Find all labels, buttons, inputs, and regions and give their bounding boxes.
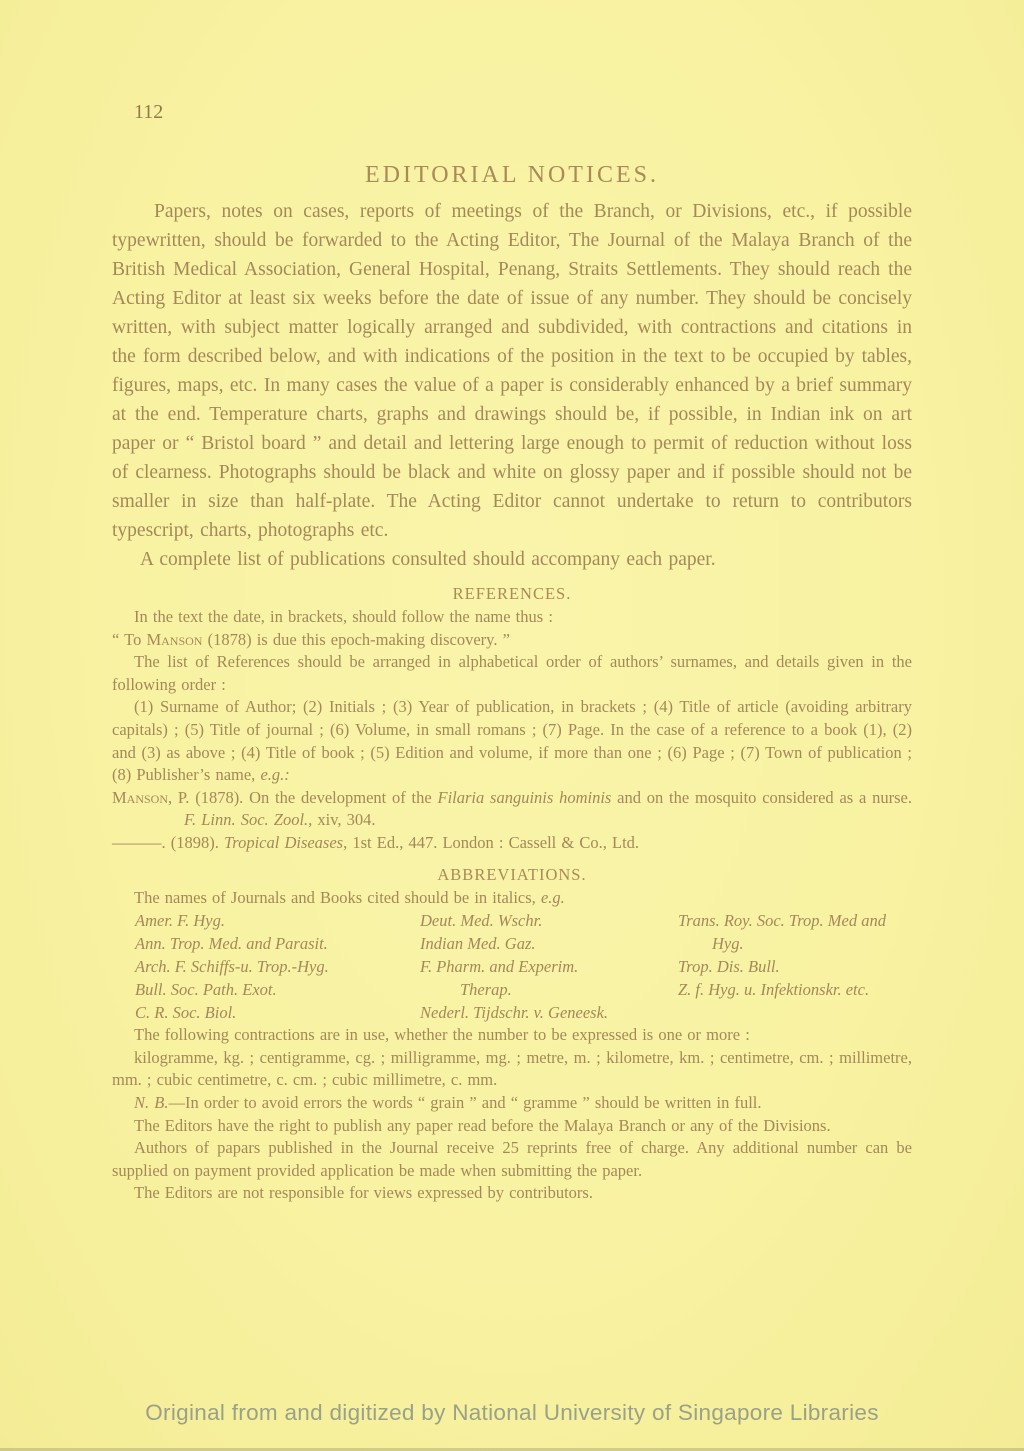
abbrev-cell: Z. f. Hyg. u. Infektionskr. etc.: [678, 978, 912, 1001]
page-content: 112 EDITORIAL NOTICES. Papers, notes on …: [112, 100, 912, 1205]
format-list-text: (1) Surname of Author; (2) Initials ; (3…: [112, 697, 912, 784]
entry1-post: xiv, 304.: [312, 810, 375, 829]
abbreviations-intro-line: The names of Journals and Books cited sh…: [112, 887, 912, 910]
page-title: EDITORIAL NOTICES.: [112, 162, 912, 189]
reference-entry-manson-1898: ———. (1898). Tropical Diseases, 1st Ed.,…: [112, 832, 912, 855]
page-number: 112: [134, 100, 912, 124]
abbrev-cell: Arch. F. Schiffs-u. Trop.-Hyg.: [135, 955, 420, 978]
abbreviations-table: Amer. F. Hyg. Deut. Med. Wschr. Trans. R…: [135, 909, 912, 1024]
entry1-mid: and on the mosquito considered as a nurs…: [611, 788, 912, 807]
reference-entry-manson-1878: Manson, P. (1878). On the development of…: [112, 787, 912, 832]
abbrev-cell: Trans. Roy. Soc. Trop. Med and: [678, 909, 912, 932]
nb-note: N. B.—In order to avoid errors the words…: [112, 1092, 912, 1115]
author-name-smallcaps: Manson: [146, 630, 202, 649]
references-intro-line: In the text the date, in brackets, shoul…: [112, 606, 912, 629]
nb-label: N. B.: [134, 1093, 168, 1112]
abbrev-cell: Trop. Dis. Bull.: [678, 955, 912, 978]
entry-author-smallcaps: Manson, P.: [112, 788, 189, 807]
entry2-repeat-dash: ———.: [112, 833, 166, 852]
abbrev-cell: Bull. Soc. Path. Exot.: [135, 978, 420, 1001]
responsibility-note: The Editors are not responsible for view…: [112, 1182, 912, 1205]
entry2-pre: (1898).: [166, 833, 224, 852]
quote-post: (1878) is due this epoch-making discover…: [202, 630, 509, 649]
abbrev-cell-continuation: Therap.: [420, 978, 678, 1001]
references-format-list: (1) Surname of Author; (2) Initials ; (3…: [112, 696, 912, 786]
quote-pre: “ To: [112, 630, 146, 649]
abbrev-cell: Deut. Med. Wschr.: [420, 909, 678, 932]
entry2-post: , 1st Ed., 447. London : Cassell & Co., …: [343, 833, 639, 852]
abbrev-cell: C. R. Soc. Biol.: [135, 1001, 420, 1024]
abbrev-intro-eg: e.g.: [541, 888, 565, 907]
nb-text: —In order to avoid errors the words “ gr…: [168, 1093, 761, 1112]
scanned-journal-page: 112 EDITORIAL NOTICES. Papers, notes on …: [0, 0, 1024, 1451]
entry1-pre: (1878). On the development of the: [189, 788, 437, 807]
abbrev-cell-continuation: Hyg.: [678, 932, 912, 955]
entry1-species-italic: Filaria sanguinis hominis: [438, 788, 612, 807]
reprints-note: Authors of papars published in the Journ…: [112, 1137, 912, 1182]
digitization-footer: Original from and digitized by National …: [0, 1400, 1024, 1426]
abbrev-cell: F. Pharm. and Experim.: [420, 955, 678, 978]
complete-list-note: A complete list of publications consulte…: [112, 545, 912, 574]
abbrev-cell: Indian Med. Gaz.: [420, 932, 678, 955]
entry2-book-italic: Tropical Diseases: [224, 833, 343, 852]
format-list-eg: e.g.:: [260, 765, 289, 784]
abbrev-intro-text: The names of Journals and Books cited sh…: [134, 888, 541, 907]
contractions-intro: The following contractions are in use, w…: [112, 1024, 912, 1047]
references-example-quote: “ To Manson (1878) is due this epoch-mak…: [112, 629, 912, 652]
abbrev-cell: Amer. F. Hyg.: [135, 909, 420, 932]
abbreviations-heading: ABBREVIATIONS.: [112, 865, 912, 885]
references-heading: REFERENCES.: [112, 584, 912, 604]
abbrev-cell: Nederl. Tijdschr. v. Geneesk.: [420, 1001, 678, 1024]
references-order-note: The list of References should be arrange…: [112, 651, 912, 696]
abbrev-cell: [678, 1001, 912, 1024]
intro-paragraph: Papers, notes on cases, reports of meeti…: [112, 197, 912, 545]
editors-rights-note: The Editors have the right to publish an…: [112, 1115, 912, 1138]
entry1-journal-italic: F. Linn. Soc. Zool.,: [184, 810, 312, 829]
contractions-list: kilogramme, kg. ; centigramme, cg. ; mil…: [112, 1047, 912, 1092]
abbrev-cell: Ann. Trop. Med. and Parasit.: [135, 932, 420, 955]
